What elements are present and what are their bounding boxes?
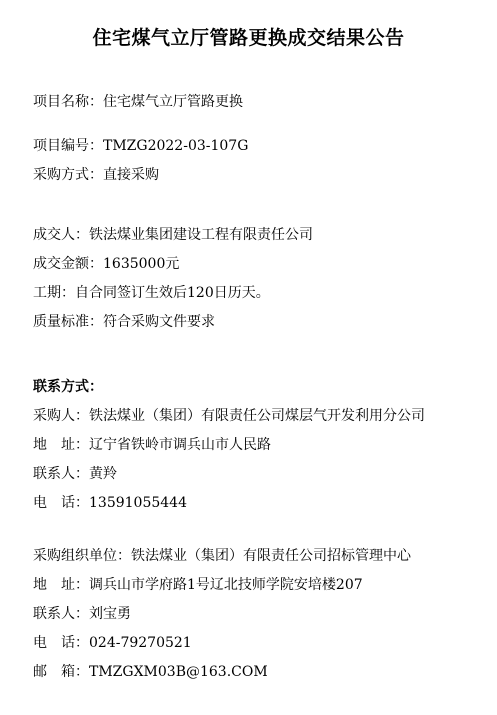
purchaser-address-line: 地 址：辽宁省铁岭市调兵山市人民路 <box>33 431 487 460</box>
construction-period-line: 工期：自合同签订生效后120日历天。 <box>33 279 487 308</box>
document-title: 住宅煤气立厅管路更换成交结果公告 <box>0 26 497 50</box>
organizer-phone-line: 电 话：024-79270521 <box>33 629 487 658</box>
organizer-unit-line: 采购组织单位：铁法煤业（集团）有限责任公司招标管理中心 <box>33 542 487 571</box>
organizer-contact-person-line: 联系人：刘宝勇 <box>33 600 487 629</box>
purchaser-phone-line: 电 话：13591055444 <box>33 489 487 518</box>
deal-amount-line: 成交金额：1635000元 <box>33 250 487 279</box>
winner-line: 成交人：铁法煤业集团建设工程有限责任公司 <box>33 221 487 250</box>
procurement-method-line: 采购方式：直接采购 <box>33 161 487 190</box>
contact-section-heading: 联系方式： <box>33 373 487 402</box>
project-name-line: 项目名称：住宅煤气立厅管路更换 <box>33 88 487 117</box>
purchaser-line: 采购人：铁法煤业（集团）有限责任公司煤层气开发利用分公司 <box>33 402 487 431</box>
quality-standard-line: 质量标准：符合采购文件要求 <box>33 308 487 337</box>
organizer-email-line: 邮 箱：TMZGXM03B@163.COM <box>33 658 487 687</box>
organizer-address-line: 地 址：调兵山市学府路1号辽北技师学院安培楼207 <box>33 571 487 600</box>
purchaser-contact-person-line: 联系人：黄羚 <box>33 460 487 489</box>
announcement-document: 住宅煤气立厅管路更换成交结果公告 项目名称：住宅煤气立厅管路更换 项目编号：TM… <box>0 0 497 715</box>
project-number-line: 项目编号：TMZG2022-03-107G <box>33 132 487 161</box>
